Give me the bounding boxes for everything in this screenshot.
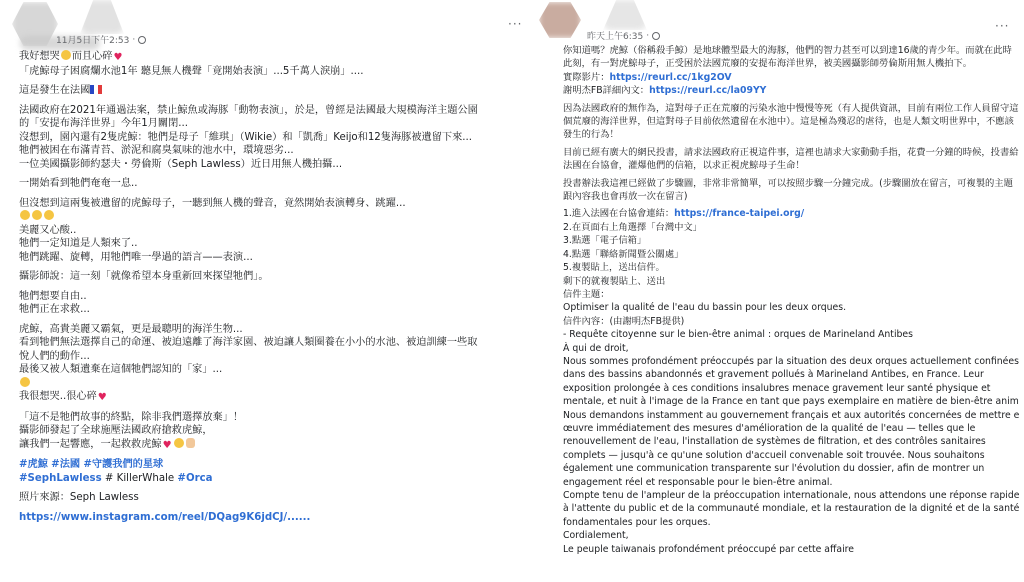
post-line: 最後又被人類遺棄在這個牠們認知的「家」...: [19, 363, 531, 377]
post-meta: 11月5日下午2:53 ·: [56, 33, 146, 46]
post-line: 讓我們一起響應，一起救救虎鯨♥: [19, 438, 531, 453]
step-line: 信件內容：(由謝明杰FB提供): [563, 315, 1019, 328]
paragraph: 目前已經有廣大的網民投書，請求法國政府正視這件事，這裡也請求大家動動手指，花費一…: [563, 146, 1019, 173]
letter-line: mentale, et nuit à l'image de la France …: [563, 395, 1019, 408]
post-line: 悅人們的動作...: [19, 350, 531, 364]
post-line: 牠們跳躍、旋轉，用牠們唯一學過的語言——表演...: [19, 251, 531, 265]
globe-icon: [138, 36, 146, 44]
post-body: 我好想哭而且心碎♥ 「虎鯨母子困腐爛水池1年 聽見無人機聲「竟開始表演」...5…: [19, 50, 531, 524]
hashtag-row: #虎鯨 #法國 #守護我們的星球: [19, 458, 531, 472]
post-line: 一開始看到牠們奄奄一息..: [19, 177, 531, 191]
left-post: 11月5日下午2:53 · ··· 我好想哭而且心碎♥ 「虎鯨母子困腐爛水池1年…: [0, 0, 535, 582]
crying-face-icon: [20, 377, 30, 387]
post-line: 「虎鯨母子困腐爛水池1年 聽見無人機聲「竟開始表演」...5千萬人淚崩」....: [19, 65, 531, 79]
intro-paragraph: 你知道嗎？虎鯨（俗稱殺手鯨）是地球體型最大的海豚，他們的智力甚至可以到達16歲的…: [563, 44, 1019, 71]
video-link-row: 實際影片：https://reurl.cc/1kg2OV: [563, 71, 1019, 84]
post-line: 看到牠們無法選擇自己的命運、被迫遠離了海洋家園、被迫讓人類圈養在小小的水池、被迫…: [19, 336, 531, 350]
step-line: 4.點選「聯絡新聞暨公關處」: [563, 248, 1019, 261]
crying-face-icon: [20, 210, 30, 220]
post-line: 我好想哭而且心碎♥: [19, 50, 531, 65]
hashtag-orca-zh[interactable]: #虎鯨: [19, 459, 48, 470]
step-line: 剩下的就複製貼上、送出: [563, 275, 1019, 288]
right-post: 昨天上午6:35 · ··· 你知道嗎？虎鯨（俗稱殺手鯨）是地球體型最大的海豚，…: [535, 0, 1024, 582]
post-line: 攝影師說：這一刻「就像希望本身重新回來探望牠們」。: [19, 270, 531, 284]
letter-line: Le peuple taiwanais profondément préoccu…: [563, 543, 1019, 556]
post-line: 牠們想要自由..: [19, 290, 531, 304]
paragraph: 因為法國政府的無作為，這對母子正在荒廢的污染水池中慢慢等死（有人提供資訊，目前有…: [563, 102, 1019, 142]
broken-heart-icon: ♥: [98, 391, 107, 405]
letter-line: Compte tenu de l'ampleur de la préoccupa…: [563, 489, 1019, 502]
post-body: 你知道嗎？虎鯨（俗稱殺手鯨）是地球體型最大的海豚，他們的智力甚至可以到達16歲的…: [563, 44, 1019, 556]
letter-line: également une communication transparente…: [563, 462, 1019, 475]
hashtag-france[interactable]: #法國: [51, 459, 80, 470]
hashtag-orca[interactable]: #Orca: [177, 473, 212, 484]
globe-icon: [652, 32, 660, 40]
post-line: 攝影師發起了全球施壓法國政府搶救虎鯨，: [19, 424, 531, 438]
author-name-blurred[interactable]: [603, 0, 647, 30]
post-line: 牠們被困在布滿青苔、淤泥和腐臭氣味的池水中，環境惡劣...: [19, 144, 531, 158]
post-timestamp[interactable]: 11月5日下午2:53: [56, 33, 129, 46]
france-flag-icon: [90, 85, 102, 94]
more-options-button[interactable]: ···: [995, 20, 1009, 32]
screenshot-canvas: 11月5日下午2:53 · ··· 我好想哭而且心碎♥ 「虎鯨母子困腐爛水池1年…: [0, 0, 1024, 582]
more-options-button[interactable]: ···: [508, 18, 522, 30]
letter-line: Nous sommes profondément préoccupés par …: [563, 355, 1019, 368]
emoji-row: [19, 377, 531, 391]
letter-line: dans des bassins abandonnés et gravement…: [563, 368, 1019, 381]
step-line: À qui de droit,: [563, 342, 1019, 355]
post-line: 的「安提布海洋世界」今年1月關閉...: [19, 117, 531, 131]
hashtag-row: #SephLawless # KillerWhale #Orca: [19, 472, 531, 486]
author-name-blurred[interactable]: [80, 0, 124, 34]
crying-face-icon: [32, 210, 42, 220]
hashtag-sephlawless[interactable]: #SephLawless: [19, 473, 102, 484]
letter-line: Cordialement,: [563, 529, 1019, 542]
broken-heart-icon: ♥: [114, 51, 123, 65]
fb-detail-link[interactable]: https://reurl.cc/la09YY: [649, 85, 766, 96]
post-line: 一位美國攝影師約瑟夫・勞倫斯（Seph Lawless）近日用無人機拍攝...: [19, 158, 531, 172]
step-line: 信件主題：: [563, 288, 1019, 301]
hashtag-protect-planet[interactable]: #守護我們的星球: [83, 459, 163, 470]
letter-line: œuvre immédiatement des mesures d'amélio…: [563, 422, 1019, 435]
post-line: 法國政府在2021年通過法案，禁止鯨魚或海豚「動物表演」，於是，曾經是法國最大規…: [19, 104, 531, 118]
letter-line: Nous demandons instamment au gouvernemen…: [563, 409, 1019, 422]
post-line: 美麗又心酸..: [19, 224, 531, 238]
post-line: 我很想哭..很心碎♥: [19, 390, 531, 405]
post-line: 但沒想到這兩隻被遺留的虎鯨母子，一聽到無人機的聲音，竟然開始表演轉身、跳躍...: [19, 197, 531, 211]
hashtag-killerwhale-text: # KillerWhale: [105, 473, 174, 484]
letter-line: exposition prolongée à ces conditions in…: [563, 382, 1019, 395]
post-line: 「這不是牠們故事的終點，除非我們選擇放棄」！: [19, 411, 531, 425]
post-meta: 昨天上午6:35 ·: [587, 29, 660, 42]
post-line: 牠們正在求救...: [19, 303, 531, 317]
crying-face-icon: [61, 50, 71, 60]
meta-separator: ·: [132, 35, 135, 45]
crying-face-icon: [44, 210, 54, 220]
letter-line: engagement réel et responsable pour le b…: [563, 476, 1019, 489]
letter-line: à l'attente du public et de la communaut…: [563, 502, 1019, 515]
post-line: 牠們一定知道是人類來了..: [19, 237, 531, 251]
post-line: 虎鯨，高貴美麗又霸氣，更是最聰明的海洋生物...: [19, 323, 531, 337]
step-line: 2.在頁面右上角選擇「台灣中文」: [563, 221, 1019, 234]
broken-heart-icon: ♥: [163, 439, 172, 453]
letter-line: fondamentales pour les orques.: [563, 516, 1019, 529]
step-line: 5.複製貼上，送出信件。: [563, 261, 1019, 274]
author-avatar-blurred[interactable]: [539, 2, 581, 38]
post-line: 沒想到，園內還有2隻虎鯨：牠們是母子「維琪」（Wikie）和「凱喬」Keijo和…: [19, 131, 531, 145]
letter-line: renouvellement de l'eau, l'installation …: [563, 435, 1019, 448]
meta-separator: ·: [646, 31, 649, 41]
step-line: 3.點選「電子信箱」: [563, 234, 1019, 247]
video-link[interactable]: https://reurl.cc/1kg2OV: [610, 72, 732, 83]
emoji-row: [19, 210, 531, 224]
step-line: - Requête citoyenne sur le bien-être ani…: [563, 328, 1019, 341]
paragraph: 投書辦法我這裡已經做了步驟圖，非常非常簡單，可以按照步驟一分鐘完成。(步驟圖放在…: [563, 177, 1019, 204]
step-line: Optimiser la qualité de l'eau du bassin …: [563, 301, 1019, 314]
post-line: 這是發生在法國: [19, 84, 531, 98]
folded-hands-icon: [186, 438, 195, 448]
crying-face-icon: [174, 438, 184, 448]
fb-link-row: 謝明杰FB詳細內文：https://reurl.cc/la09YY: [563, 84, 1019, 97]
instagram-link[interactable]: https://www.instagram.com/reel/DQag9K6jd…: [19, 511, 531, 525]
letter-line: complets — jusqu'à ce qu'une solution d'…: [563, 449, 1019, 462]
step-1: 1.進入法國在台協會連結：https://france-taipei.org/: [563, 207, 1019, 220]
photo-credit: 照片來源：Seph Lawless: [19, 491, 531, 505]
france-taipei-link[interactable]: https://france-taipei.org/: [674, 208, 804, 219]
post-timestamp[interactable]: 昨天上午6:35: [587, 29, 643, 42]
